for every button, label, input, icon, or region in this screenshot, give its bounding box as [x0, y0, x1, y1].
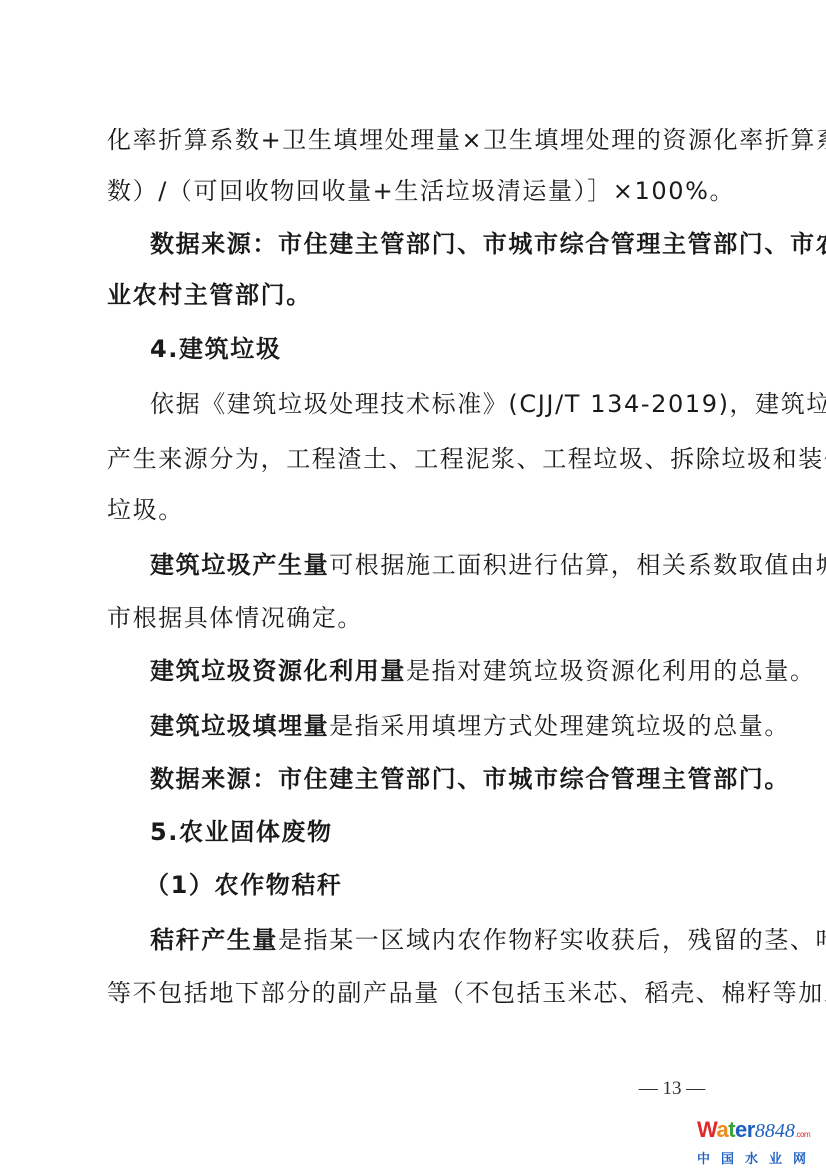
- paragraph-line: 建筑垃圾资源化利用量是指对建筑垃圾资源化利用的总量。: [150, 656, 722, 686]
- watermark-logo: Water8848.com 中国水业网: [697, 1118, 825, 1168]
- paragraph-line: 建筑垃圾产生量可根据施工面积进行估算，相关系数取值由城: [150, 550, 722, 580]
- section-heading-agricultural-waste: 5.农业固体废物: [150, 817, 722, 847]
- data-source-line: 数据来源：市住建主管部门、市城市综合管理主管部门。: [150, 764, 722, 794]
- paragraph-line: 依据《建筑垃圾处理技术标准》(CJJ/T 134-2019)，建筑垃圾按: [150, 389, 722, 419]
- paragraph-line: 数）/（可回收物回收量+生活垃圾清运量）］×100%。: [107, 176, 722, 206]
- definition-text: 是指某一区域内农作物籽实收获后，残留的茎、叶: [278, 926, 826, 954]
- page-number: — 13 —: [622, 1078, 722, 1100]
- term-construction-waste-landfill: 建筑垃圾填埋量: [150, 712, 329, 740]
- data-source-line: 数据来源：市住建主管部门、市城市综合管理主管部门、市农: [150, 229, 722, 259]
- watermark-chinese-name: 中国水业网: [697, 1148, 825, 1167]
- definition-text: 是指对建筑垃圾资源化利用的总量。: [406, 657, 816, 685]
- watermark-letter: W: [697, 1117, 716, 1142]
- paragraph-line: 建筑垃圾填埋量是指采用填埋方式处理建筑垃圾的总量。: [150, 711, 722, 741]
- paragraph-line: 秸秆产生量是指某一区域内农作物籽实收获后，残留的茎、叶: [150, 925, 722, 955]
- paragraph-line: 产生来源分为，工程渣土、工程泥浆、工程垃圾、拆除垃圾和装修: [107, 444, 722, 474]
- paragraph-line: 市根据具体情况确定。: [107, 603, 722, 633]
- paragraph-line: 等不包括地下部分的副产品量（不包括玉米芯、稻壳、棉籽等加工: [107, 978, 722, 1008]
- watermark-letter: a: [716, 1117, 728, 1142]
- paragraph-line: 垃圾。: [107, 495, 722, 525]
- section-heading-construction-waste: 4.建筑垃圾: [150, 334, 722, 364]
- document-page: 化率折算系数+卫生填埋处理量×卫生填埋处理的资源化率折算系 数）/（可回收物回收…: [0, 0, 826, 1169]
- watermark-letter: t: [728, 1117, 735, 1142]
- paragraph-line: 化率折算系数+卫生填埋处理量×卫生填埋处理的资源化率折算系: [107, 125, 722, 155]
- watermark-letter: e: [735, 1117, 747, 1142]
- watermark-brand: Water8848.com: [697, 1118, 825, 1147]
- term-construction-waste-recycling: 建筑垃圾资源化利用量: [150, 657, 406, 685]
- watermark-number: 8848: [755, 1120, 795, 1142]
- data-source-line: 业农村主管部门。: [107, 280, 722, 310]
- watermark-letter: r: [747, 1117, 755, 1142]
- definition-text: 是指采用填埋方式处理建筑垃圾的总量。: [329, 712, 790, 740]
- watermark-domain-suffix: .com: [795, 1130, 810, 1139]
- definition-text: 可根据施工面积进行估算，相关系数取值由城: [329, 551, 826, 579]
- subsection-heading-crop-straw: （1）农作物秸秆: [145, 870, 760, 900]
- term-construction-waste-generation: 建筑垃圾产生量: [150, 551, 329, 579]
- term-straw-generation: 秸秆产生量: [150, 926, 278, 954]
